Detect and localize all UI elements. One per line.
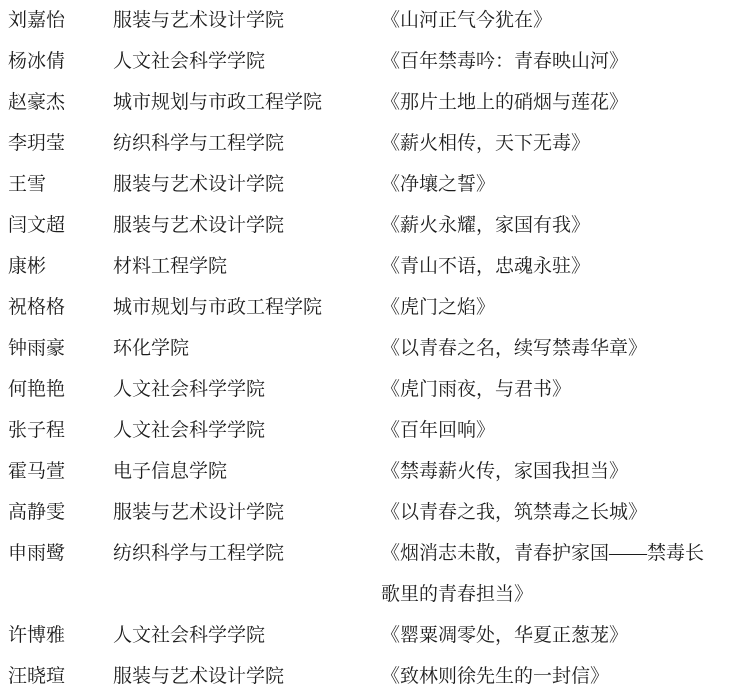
work-title-cell: 《虎门雨夜，与君书》	[381, 369, 713, 410]
student-name-cell: 刘嘉怡	[8, 0, 113, 41]
college-cell: 纺织科学与工程学院	[113, 123, 381, 164]
college-cell: 服装与艺术设计学院	[113, 205, 381, 246]
student-name-cell: 张子程	[8, 410, 113, 451]
table-row: 祝格格 城市规划与市政工程学院 《虎门之焰》	[0, 287, 738, 328]
college-cell: 环化学院	[113, 328, 381, 369]
table-row: 霍马萱 电子信息学院 《禁毒薪火传，家国我担当》	[0, 451, 738, 492]
document-page: 刘嘉怡 服装与艺术设计学院 《山河正气今犹在》 杨冰倩 人文社会科学学院 《百年…	[0, 0, 738, 693]
work-title-cell: 《烟消志未散，青春护家国——禁毒长歌里的青春担当》	[381, 533, 713, 615]
student-name-cell: 汪晓瑄	[8, 656, 113, 693]
table-row: 钟雨豪 环化学院 《以青春之名，续写禁毒华章》	[0, 328, 738, 369]
table-row: 李玥莹 纺织科学与工程学院 《薪火相传，天下无毒》	[0, 123, 738, 164]
table-row: 杨冰倩 人文社会科学学院 《百年禁毒吟：青春映山河》	[0, 41, 738, 82]
college-cell: 人文社会科学学院	[113, 410, 381, 451]
college-cell: 服装与艺术设计学院	[113, 0, 381, 41]
table-row: 赵豪杰 城市规划与市政工程学院 《那片土地上的硝烟与莲花》	[0, 82, 738, 123]
college-cell: 城市规划与市政工程学院	[113, 287, 381, 328]
work-title-cell: 《致林则徐先生的一封信》	[381, 656, 713, 693]
work-title-cell: 《山河正气今犹在》	[381, 0, 713, 41]
college-cell: 电子信息学院	[113, 451, 381, 492]
work-title-cell: 《罂粟凋零处，华夏正葱茏》	[381, 615, 713, 656]
work-title-cell: 《那片土地上的硝烟与莲花》	[381, 82, 713, 123]
college-cell: 纺织科学与工程学院	[113, 533, 381, 574]
award-list: 刘嘉怡 服装与艺术设计学院 《山河正气今犹在》 杨冰倩 人文社会科学学院 《百年…	[0, 0, 738, 693]
student-name-cell: 霍马萱	[8, 451, 113, 492]
work-title-cell: 《薪火永耀，家国有我》	[381, 205, 713, 246]
college-cell: 服装与艺术设计学院	[113, 164, 381, 205]
student-name-cell: 李玥莹	[8, 123, 113, 164]
student-name-cell: 杨冰倩	[8, 41, 113, 82]
work-title-cell: 《净壤之誓》	[381, 164, 713, 205]
college-cell: 人文社会科学学院	[113, 615, 381, 656]
table-row: 许博雅 人文社会科学学院 《罂粟凋零处，华夏正葱茏》	[0, 615, 738, 656]
student-name-cell: 赵豪杰	[8, 82, 113, 123]
work-title-cell: 《百年禁毒吟：青春映山河》	[381, 41, 713, 82]
work-title-cell: 《以青春之我，筑禁毒之长城》	[381, 492, 713, 533]
college-cell: 材料工程学院	[113, 246, 381, 287]
student-name-cell: 康彬	[8, 246, 113, 287]
college-cell: 人文社会科学学院	[113, 369, 381, 410]
table-row: 康彬 材料工程学院 《青山不语，忠魂永驻》	[0, 246, 738, 287]
college-cell: 城市规划与市政工程学院	[113, 82, 381, 123]
work-title-cell: 《百年回响》	[381, 410, 713, 451]
work-title-cell: 《以青春之名，续写禁毒华章》	[381, 328, 713, 369]
table-row: 刘嘉怡 服装与艺术设计学院 《山河正气今犹在》	[0, 0, 738, 41]
work-title-cell: 《虎门之焰》	[381, 287, 713, 328]
college-cell: 服装与艺术设计学院	[113, 656, 381, 693]
student-name-cell: 闫文超	[8, 205, 113, 246]
student-name-cell: 钟雨豪	[8, 328, 113, 369]
work-title-cell: 《青山不语，忠魂永驻》	[381, 246, 713, 287]
student-name-cell: 许博雅	[8, 615, 113, 656]
student-name-cell: 王雪	[8, 164, 113, 205]
table-row: 汪晓瑄 服装与艺术设计学院 《致林则徐先生的一封信》	[0, 656, 738, 693]
work-title-cell: 《薪火相传，天下无毒》	[381, 123, 713, 164]
table-row: 何艳艳 人文社会科学学院 《虎门雨夜，与君书》	[0, 369, 738, 410]
table-row: 张子程 人文社会科学学院 《百年回响》	[0, 410, 738, 451]
table-row: 王雪 服装与艺术设计学院 《净壤之誓》	[0, 164, 738, 205]
student-name-cell: 申雨鹭	[8, 533, 113, 574]
table-row: 申雨鹭 纺织科学与工程学院 《烟消志未散，青春护家国——禁毒长歌里的青春担当》	[0, 533, 738, 615]
student-name-cell: 何艳艳	[8, 369, 113, 410]
college-cell: 人文社会科学学院	[113, 41, 381, 82]
college-cell: 服装与艺术设计学院	[113, 492, 381, 533]
student-name-cell: 高静雯	[8, 492, 113, 533]
table-row: 闫文超 服装与艺术设计学院 《薪火永耀，家国有我》	[0, 205, 738, 246]
student-name-cell: 祝格格	[8, 287, 113, 328]
table-row: 高静雯 服装与艺术设计学院 《以青春之我，筑禁毒之长城》	[0, 492, 738, 533]
work-title-cell: 《禁毒薪火传，家国我担当》	[381, 451, 713, 492]
